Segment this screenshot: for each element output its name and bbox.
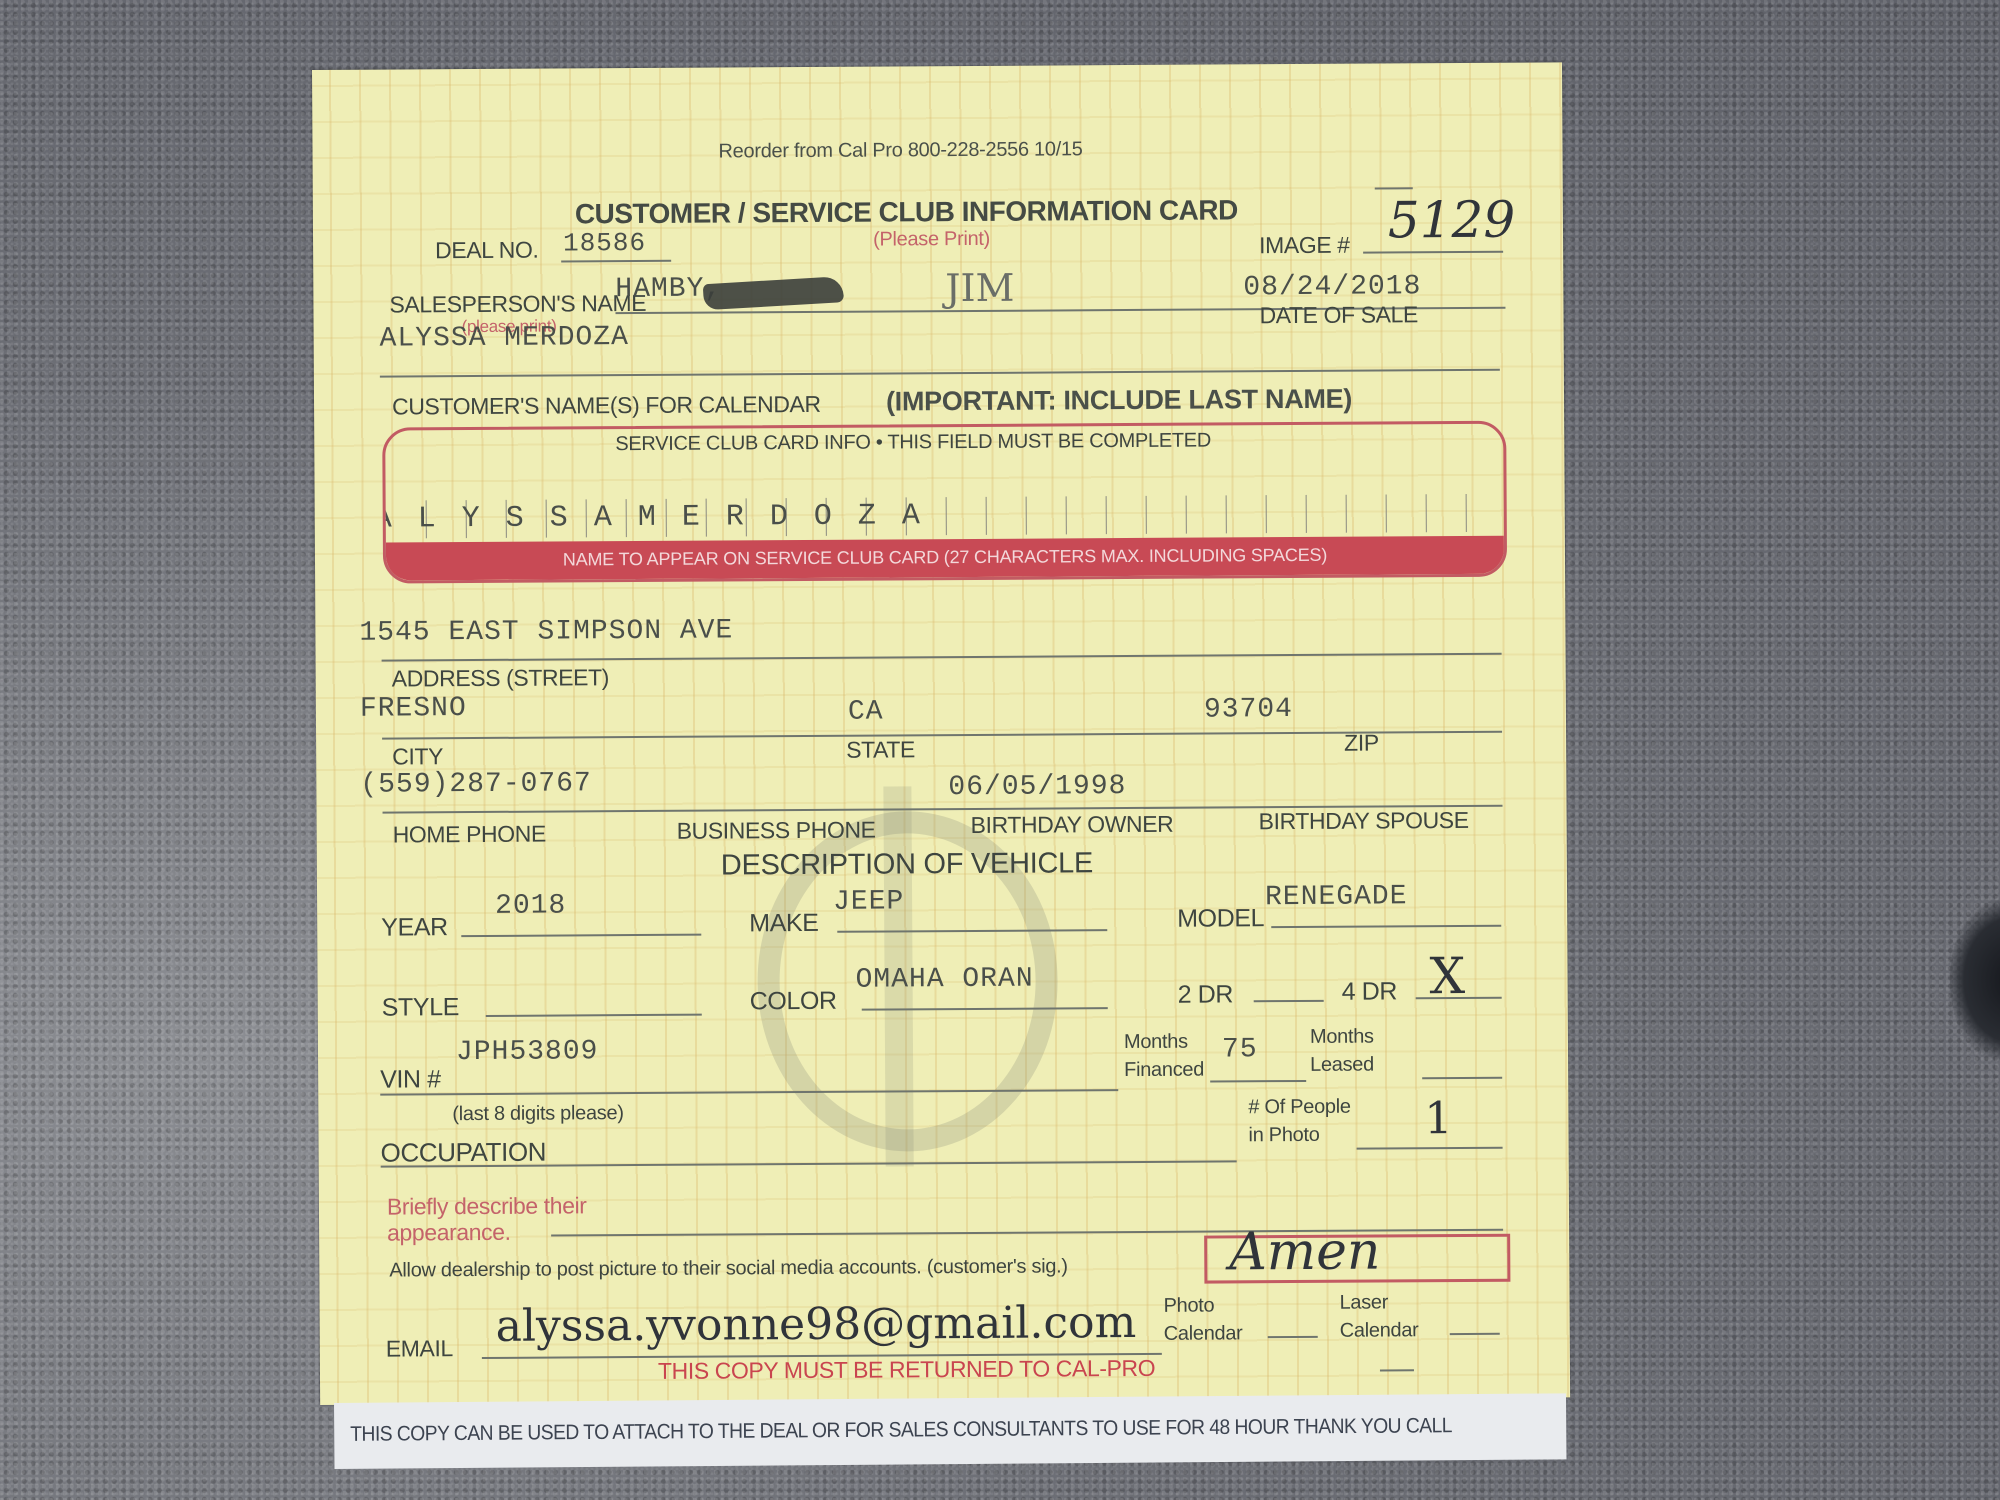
social-consent-label: Allow dealership to post picture to thei… xyxy=(389,1255,1068,1282)
birthday-owner-label: BIRTHDAY OWNER xyxy=(971,811,1174,839)
model-label: MODEL xyxy=(1177,904,1264,934)
home-phone-value[interactable]: (559)287-0767 xyxy=(360,768,592,800)
background-object xyxy=(1950,900,2000,1060)
state-value[interactable]: CA xyxy=(848,697,884,728)
service-club-header: SERVICE CLUB CARD INFO • THIS FIELD MUST… xyxy=(615,430,1211,457)
zip-label: ZIP xyxy=(1344,729,1379,756)
deal-no-label: DEAL NO. xyxy=(435,237,538,265)
please-print-note: (Please Print) xyxy=(873,228,990,252)
photo-calendar-label-1: Photo xyxy=(1163,1295,1214,1318)
people-in-photo-value[interactable]: 1 xyxy=(1424,1093,1452,1144)
make-value[interactable]: JEEP xyxy=(833,886,904,917)
vehicle-header: DESCRIPTION OF VEHICLE xyxy=(721,847,1093,882)
vin-value[interactable]: JPH53809 xyxy=(456,1036,599,1068)
service-club-box: SERVICE CLUB CARD INFO • THIS FIELD MUST… xyxy=(382,421,1507,584)
months-financed-label-1: Months xyxy=(1124,1031,1188,1054)
bottom-strip-text: THIS COPY CAN BE USED TO ATTACH TO THE D… xyxy=(350,1414,1452,1447)
model-value[interactable]: RENEGADE xyxy=(1265,881,1408,913)
birthday-owner-value[interactable]: 06/05/1998 xyxy=(948,771,1126,803)
image-no-label: IMAGE # xyxy=(1259,232,1350,260)
business-phone-label: BUSINESS PHONE xyxy=(677,817,876,845)
state-label: STATE xyxy=(846,736,915,763)
salesperson-label: SALESPERSON'S NAME xyxy=(389,290,646,319)
address-value[interactable]: 1545 EAST SIMPSON AVE xyxy=(359,615,733,648)
bottom-copy-strip: THIS COPY CAN BE USED TO ATTACH TO THE D… xyxy=(334,1393,1566,1469)
people-in-photo-label-2: in Photo xyxy=(1248,1124,1319,1147)
card-title: CUSTOMER / SERVICE CLUB INFORMATION CARD xyxy=(575,194,1238,230)
people-in-photo-label-1: # Of People xyxy=(1248,1096,1350,1120)
months-financed-label-2: Financed xyxy=(1124,1059,1204,1082)
appearance-label-2: appearance. xyxy=(387,1219,511,1247)
birthday-spouse-label: BIRTHDAY SPOUSE xyxy=(1259,807,1469,835)
redacted-scribble xyxy=(703,276,844,310)
appearance-label-1: Briefly describe their xyxy=(387,1192,587,1220)
color-value[interactable]: OMAHA ORAN xyxy=(855,964,1033,996)
date-of-sale-label: DATE OF SALE xyxy=(1259,301,1418,329)
city-value[interactable]: FRESNO xyxy=(360,693,467,725)
photo-calendar-label-2: Calendar xyxy=(1164,1322,1243,1345)
vin-label: VIN # xyxy=(380,1065,441,1094)
months-financed-value[interactable]: 75 xyxy=(1222,1034,1258,1065)
city-label: CITY xyxy=(392,743,443,770)
months-leased-label-2: Leased xyxy=(1310,1054,1374,1077)
year-label: YEAR xyxy=(381,913,448,942)
color-label: COLOR xyxy=(750,987,837,1017)
email-value[interactable]: alyssa.yvonne98@gmail.com xyxy=(496,1297,1137,1352)
months-leased-label-1: Months xyxy=(1310,1026,1374,1049)
make-label: MAKE xyxy=(749,909,818,938)
information-card: Reorder from Cal Pro 800-228-2556 10/15 … xyxy=(312,62,1570,1405)
email-label: EMAIL xyxy=(386,1335,453,1362)
laser-calendar-label-1: Laser xyxy=(1339,1291,1388,1314)
vin-hint: (last 8 digits please) xyxy=(452,1102,623,1126)
service-club-band: NAME TO APPEAR ON SERVICE CLUB CARD (27 … xyxy=(386,536,1504,581)
date-of-sale-value[interactable]: 08/24/2018 xyxy=(1243,271,1421,303)
zip-value[interactable]: 93704 xyxy=(1204,694,1293,726)
important-note: (IMPORTANT: INCLUDE LAST NAME) xyxy=(886,384,1352,418)
customer-names-label: CUSTOMER'S NAME(S) FOR CALENDAR xyxy=(392,391,821,421)
return-notice: THIS COPY MUST BE RETURNED TO CAL-PRO xyxy=(658,1355,1155,1385)
service-club-name-value[interactable]: A L Y S S A M E R D O Z A xyxy=(382,499,924,536)
address-label: ADDRESS (STREET) xyxy=(392,664,609,692)
reorder-line: Reorder from Cal Pro 800-228-2556 10/15 xyxy=(718,138,1082,163)
salesperson-initials: JIM xyxy=(945,266,1014,310)
deal-no-value[interactable]: 18586 xyxy=(563,228,646,259)
image-no-value[interactable]: 5129 xyxy=(1388,191,1516,250)
four-door-label: 4 DR xyxy=(1342,977,1398,1006)
year-value[interactable]: 2018 xyxy=(495,890,566,921)
customer-signature: Amen xyxy=(1229,1221,1380,1282)
two-door-label: 2 DR xyxy=(1178,980,1234,1009)
home-phone-label: HOME PHONE xyxy=(393,821,546,849)
laser-calendar-label-2: Calendar xyxy=(1340,1319,1419,1342)
style-label: STYLE xyxy=(382,993,459,1022)
customer-name-value[interactable]: ALYSSA MERDOZA xyxy=(380,322,629,355)
